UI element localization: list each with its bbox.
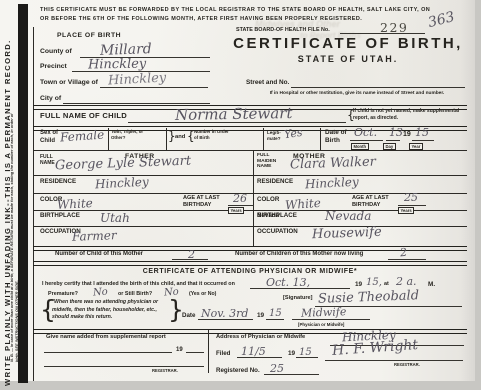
supplemental-registrar-label: REGISTRAR. <box>152 368 178 373</box>
number-of-child-label: Number of Child of this Mother <box>55 251 143 257</box>
cell-divider <box>108 128 109 150</box>
father-residence-value: Hinckley <box>95 175 149 192</box>
children-living-line <box>388 259 426 260</box>
footer-divider <box>208 330 209 373</box>
city-line <box>63 103 210 104</box>
supplemental-year-prefix: 19 <box>176 347 183 353</box>
forwarding-instruction: THIS CERTIFICATE MUST BE FORWARDED BY TH… <box>40 6 432 23</box>
place-of-birth-heading: PLACE OF BIRTH <box>57 32 121 39</box>
supplemental-report-label: Give name added from supplemental report <box>46 334 166 340</box>
dob-century: 19 <box>403 131 411 138</box>
registered-number-label: Registered No. <box>216 367 260 374</box>
supplemental-registrar-line <box>44 366 204 367</box>
capacity-line <box>292 319 370 320</box>
certificate-title: CERTIFICATE OF BIRTH, <box>228 35 468 52</box>
twin-triplet-label: Twin, Triplet, or Other? <box>111 129 153 140</box>
children-living-label: Number of Children of this Mother now li… <box>235 251 363 257</box>
row-divider <box>33 226 467 227</box>
dob-month-line <box>350 140 383 141</box>
parent-column-divider <box>253 150 254 246</box>
dob-month-value: Oct. <box>354 126 377 139</box>
mother-birthplace-value: Nevada <box>325 209 371 223</box>
mother-residence-value: Hinckley <box>305 175 359 192</box>
filed-year-line <box>296 357 318 358</box>
dob-day-line <box>386 140 400 141</box>
children-living-value: 2 <box>399 246 407 260</box>
father-color-value: White <box>57 196 94 212</box>
street-label: Street and No. <box>246 79 289 86</box>
stillbirth-label: or Still Birth? <box>118 291 152 297</box>
mother-name-label: FULL MAIDEN NAME <box>257 153 285 170</box>
child-name-value: Norma Stewart <box>175 104 293 124</box>
mother-years-tag: Years <box>398 207 414 214</box>
mother-occupation-value: Housewife <box>312 225 382 242</box>
attending-section-title: CERTIFICATE OF ATTENDING PHYSICIAN OR MI… <box>33 268 467 275</box>
row-divider <box>33 150 467 151</box>
registrar-label: REGISTRAR. <box>394 362 420 367</box>
premature-value: No <box>93 286 109 298</box>
child-name-note: If child is not yet named, make suppleme… <box>353 108 465 122</box>
row-divider <box>33 175 467 176</box>
mother-residence-label: RESIDENCE <box>257 178 293 185</box>
at-label: at <box>384 281 389 287</box>
precinct-label: Precinct <box>40 63 67 70</box>
attending-date-label: Date <box>182 312 195 319</box>
signature-label: [Signature] <box>283 295 313 301</box>
file-number-stamp: 229 <box>380 20 408 35</box>
time-value: 2 a. <box>396 275 417 288</box>
filed-date-line <box>237 357 282 358</box>
mother-age-value: 25 <box>404 191 418 204</box>
occurred-century: 19 <box>355 281 362 288</box>
meridiem-label: M. <box>428 281 435 288</box>
dob-year-value: 15 <box>415 126 429 139</box>
registered-number-line <box>264 374 319 375</box>
dob-day-value: 13 <box>389 126 403 139</box>
dob-year-line <box>412 140 434 141</box>
street-note: If in Hospital or other Institution, giv… <box>246 91 468 96</box>
year-tag: Year <box>409 143 423 150</box>
city-label: City of <box>40 95 61 102</box>
precinct-value: Hinckley <box>88 56 146 72</box>
father-age-value: 26 <box>233 192 247 205</box>
row-divider <box>33 193 467 194</box>
father-birthplace-value: Utah <box>100 211 130 225</box>
supplemental-year-line <box>186 352 204 353</box>
filed-label: Filed <box>216 350 230 357</box>
certify-statement: I hereby certify that I attended the bir… <box>42 281 235 287</box>
father-birthplace-label: BIRTHPLACE <box>40 212 80 219</box>
attending-date-century: 19 <box>257 312 264 319</box>
town-label: Town or Village of <box>40 79 98 86</box>
father-residence-label: RESIDENCE <box>40 178 76 185</box>
order-of-birth-label: Number in Order of Birth <box>194 129 230 140</box>
address-label: Address of Physician or Midwife <box>216 334 305 340</box>
month-tag: Month <box>351 143 369 150</box>
cell-divider <box>166 128 167 150</box>
attending-date-year: 15 <box>269 308 282 319</box>
child-name-label: FULL NAME OF CHILD <box>40 111 127 120</box>
mother-color-value: White <box>285 196 322 212</box>
scanned-birth-certificate: Midwives and Other to Report Births WRIT… <box>0 0 481 390</box>
cell-divider <box>263 128 264 150</box>
capacity-value: Midwife <box>301 305 347 320</box>
street-line <box>291 87 465 88</box>
footnote-brace-right: } <box>168 295 184 324</box>
mother-birthplace-label: BIRTHPLACE <box>257 212 297 219</box>
capacity-tag: [Physician or Midwife] <box>298 322 344 327</box>
section-divider <box>33 329 467 334</box>
no-attendant-footnote: *When there was no attending physician o… <box>52 299 170 322</box>
attending-date-line <box>198 319 253 320</box>
attending-year-line <box>266 319 284 320</box>
town-value: Hinckley <box>108 70 167 88</box>
father-age-line <box>228 205 254 206</box>
filed-century: 19 <box>288 350 295 357</box>
number-of-child-value: 2 <box>188 248 195 261</box>
occurred-date-value: Oct. 13, <box>266 276 310 289</box>
supplemental-line <box>44 352 172 353</box>
father-years-tag: Years <box>228 207 244 214</box>
father-age-label: AGE AT LAST BIRTHDAY <box>183 195 229 208</box>
form-left-border <box>33 27 34 381</box>
occurred-year-value: 15, <box>366 277 382 288</box>
file-number-label: STATE BOARD-OF HEALTH FILE No. <box>236 27 330 33</box>
mother-occupation-label: OCCUPATION <box>257 228 298 235</box>
mother-age-label: AGE AT LAST BIRTHDAY <box>352 195 398 208</box>
section-divider <box>33 261 467 266</box>
father-occupation-value: Farmer <box>72 228 117 244</box>
and-label: and <box>175 134 185 140</box>
mother-name-value: Clara Walker <box>290 155 376 173</box>
registrar-signature-line <box>325 360 463 361</box>
yes-no-hint: (Yes or No) <box>189 291 216 297</box>
binder-bar <box>18 4 28 383</box>
mother-color-label: COLOR <box>257 196 279 203</box>
certificate-subtitle: STATE OF UTAH. <box>228 54 468 64</box>
county-label: County of <box>40 48 72 55</box>
mother-age-line <box>398 205 426 206</box>
day-tag: Day <box>383 143 396 150</box>
date-of-birth-label: Date of Birth <box>325 129 351 144</box>
cell-divider <box>320 128 321 150</box>
legitimate-value: Yes <box>283 126 303 141</box>
